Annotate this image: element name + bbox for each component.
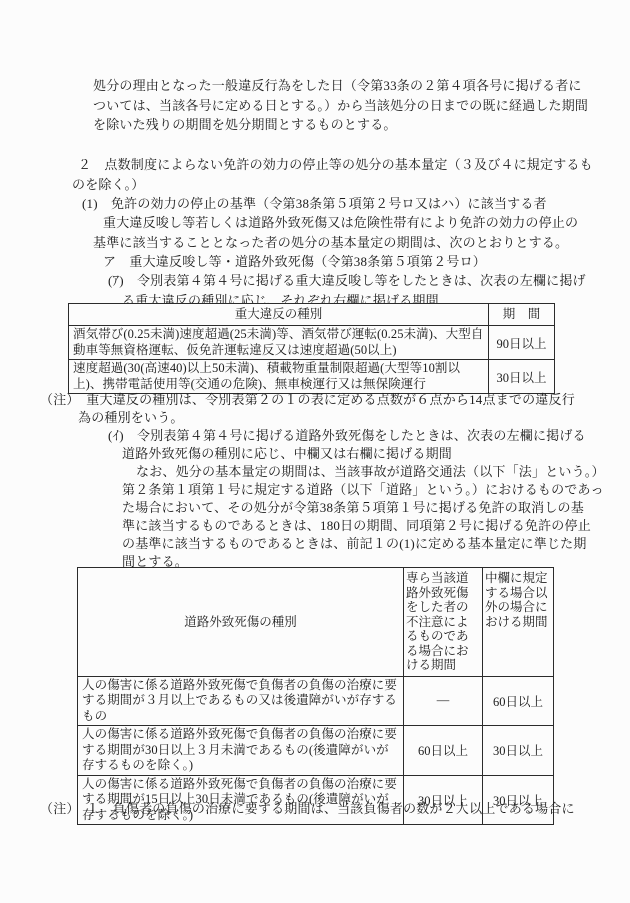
text-line: た場合において、その処分が令第38条第５項第１号に掲げる免許の取消しの基 [122, 499, 630, 517]
document-page: 処分の理由となった一般違反行為をした日（令第33条の２第４項各号に掲げる者に つ… [0, 0, 630, 903]
header-violation-type: 重大違反の種別 [69, 304, 489, 326]
other-period-cell: 30日以上 [483, 726, 554, 776]
text-line: 準に該当するものであるときは、180日の期間、同項第２号に掲げる免許の停止 [122, 517, 630, 535]
text-line: 処分の理由となった一般違反行為をした日（令第33条の２第４項各号に掲げる者に [93, 76, 630, 96]
text-line: 道路外致死傷の種別に応じ、中欄又は右欄に掲げる期間 [122, 445, 630, 463]
header-period: 期 間 [489, 304, 555, 326]
header-other-period: 中欄に規定する場合以外の場合における期間 [483, 568, 554, 677]
section-2-heading: ２ 点数制度によらない免許の効力の停止等の処分の基本量定（３及び４に規定するも … [0, 155, 630, 194]
text-line: （注） １ 負傷者の負傷の治療に要する期間は、当該負傷者の数が２人以上である場合… [40, 800, 630, 818]
text-line: のを除く。） [72, 175, 630, 195]
text-line: を除いた残りの期間を処分期間とするものとする。 [93, 115, 630, 135]
text-line: ２ 点数制度によらない免許の効力の停止等の処分の基本量定（３及び４に規定するも [78, 155, 630, 175]
text-line: （注） 重大違反の種別は、令別表第２の１の表に定める点数が６点から14点までの違… [40, 391, 630, 409]
text-line: 基準に該当することとなった者の処分の基本量定の期間は、次のとおりとする。 [93, 233, 630, 253]
text-line: (ｲ) 令別表第４第４号に掲げる道路外致死傷をしたときは、次表の左欄に掲げる [108, 427, 630, 445]
text-line: (1) 免許の効力の停止の基準（令第38条第５項第２号ロ又はハ）に該当する者 [82, 194, 630, 214]
table-row: 速度超過(30(高速40)以上50未満)、積載物重量制限超過(大型等10割以上)… [69, 360, 555, 394]
offroad-injury-table: 道路外致死傷の種別 専ら当該道路外致死傷をした者の不注意によるものである場合にお… [77, 567, 554, 825]
text-line: なお、処分の基本量定の期間は、当該事故が道路交通法（以下「法」という。） [136, 463, 630, 481]
table-header-row: 道路外致死傷の種別 専ら当該道路外致死傷をした者の不注意によるものである場合にお… [78, 568, 554, 677]
negligence-period-cell: 60日以上 [404, 726, 483, 776]
violation-type-cell: 速度超過(30(高速40)以上50未満)、積載物重量制限超過(大型等10割以上)… [69, 360, 489, 394]
note-1: （注） 重大違反の種別は、令別表第２の１の表に定める点数が６点から14点までの違… [0, 391, 630, 427]
negligence-period-cell: ― [404, 676, 483, 726]
text-line: (ｱ) 令別表第４第４号に掲げる重大違反唆し等をしたときは、次表の左欄に掲げ [108, 271, 630, 291]
text-line: ついては、当該各号に定める日とする。）から当該処分の日までの既に経過した期間 [93, 96, 630, 116]
header-injury-type: 道路外致死傷の種別 [78, 568, 404, 677]
text-line: 為の種別をいう。 [78, 409, 630, 427]
item-a-heading: ア 重大違反唆し等・道路外致死傷（令第38条第５項第２号ロ） [0, 252, 630, 272]
item-1-heading: (1) 免許の効力の停止の基準（令第38条第５項第２号ロ又はハ）に該当する者 [0, 194, 630, 214]
text-line: 第２条第１項第１号に規定する道路（以下「道路」という。）におけるものであっ [122, 481, 630, 499]
item-1-body: 重大違反唆し等若しくは道路外致死傷又は危険性帯有により免許の効力の停止の 基準に… [0, 213, 630, 252]
period-cell: 90日以上 [489, 326, 555, 360]
item-i-sub1: (ｲ) 令別表第４第４号に掲げる道路外致死傷をしたときは、次表の左欄に掲げる 道… [0, 427, 630, 463]
injury-type-cell: 人の傷害に係る道路外致死傷で負傷者の負傷の治療に要する期間が３月以上であるもの又… [78, 676, 404, 726]
text-line: ア 重大違反唆し等・道路外致死傷（令第38条第５項第２号ロ） [103, 252, 630, 272]
text-line: 重大違反唆し等若しくは道路外致死傷又は危険性帯有により免許の効力の停止の [103, 213, 630, 233]
violation-type-cell: 酒気帯び(0.25未満)速度超過(25未満)等、酒気帯び運転(0.25未満)、大… [69, 326, 489, 360]
paragraph-processing-period: 処分の理由となった一般違反行為をした日（令第33条の２第４項各号に掲げる者に つ… [0, 76, 630, 135]
other-period-cell: 60日以上 [483, 676, 554, 726]
period-cell: 30日以上 [489, 360, 555, 394]
nao-paragraph: なお、処分の基本量定の期間は、当該事故が道路交通法（以下「法」という。） 第２条… [0, 463, 630, 571]
serious-violation-table: 重大違反の種別 期 間 酒気帯び(0.25未満)速度超過(25未満)等、酒気帯び… [68, 303, 555, 394]
table-row: 人の傷害に係る道路外致死傷で負傷者の負傷の治療に要する期間が３月以上であるもの又… [78, 676, 554, 726]
note-2: （注） １ 負傷者の負傷の治療に要する期間は、当該負傷者の数が２人以上である場合… [0, 800, 630, 818]
header-negligence-period: 専ら当該道路外致死傷をした者の不注意によるものである場合における期間 [404, 568, 483, 677]
table-row: 酒気帯び(0.25未満)速度超過(25未満)等、酒気帯び運転(0.25未満)、大… [69, 326, 555, 360]
table-header-row: 重大違反の種別 期 間 [69, 304, 555, 326]
table-row: 人の傷害に係る道路外致死傷で負傷者の負傷の治療に要する期間が30日以上３月未満で… [78, 726, 554, 776]
text-line: の基準に該当するものであるときは、前記１の(1)に定める基本量定に準じた期 [122, 535, 630, 553]
injury-type-cell: 人の傷害に係る道路外致死傷で負傷者の負傷の治療に要する期間が30日以上３月未満で… [78, 726, 404, 776]
